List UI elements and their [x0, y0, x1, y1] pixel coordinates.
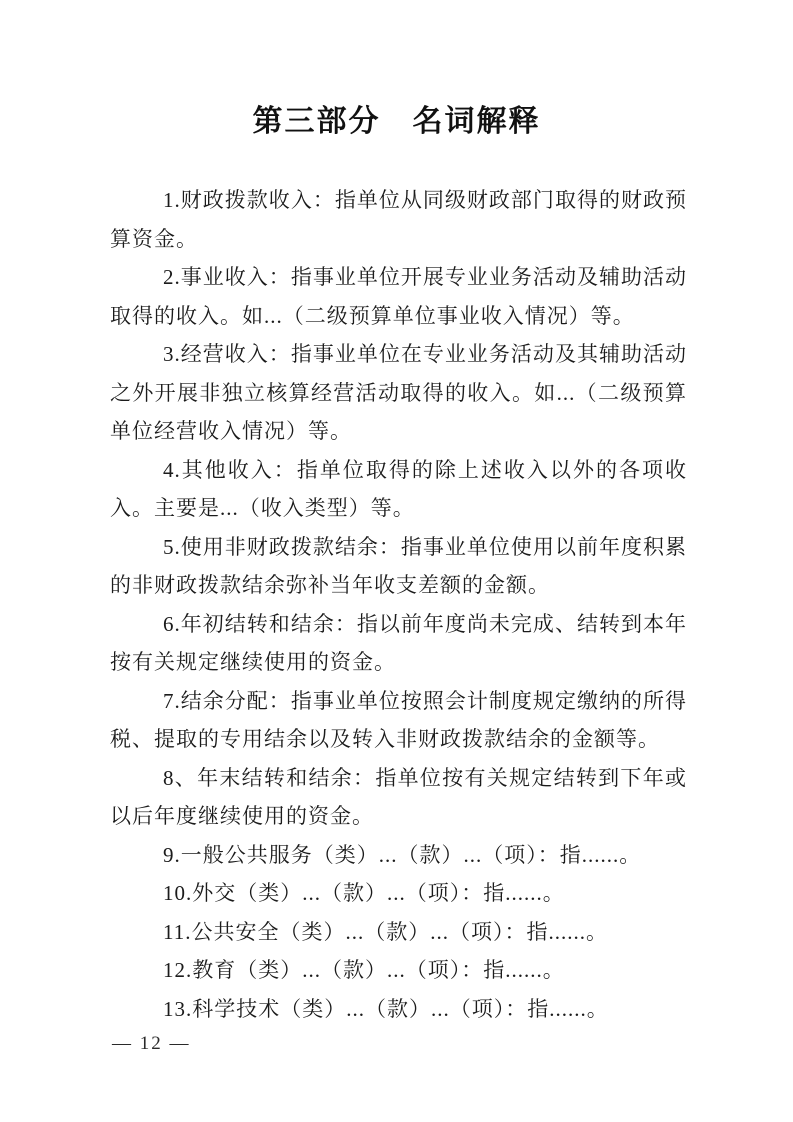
definition-12: 12.教育（类）...（款）...（项）：指......。	[110, 951, 687, 990]
definition-3: 3.经营收入：指事业单位在专业业务活动及其辅助活动之外开展非独立核算经营活动取得…	[110, 335, 687, 451]
page-number: — 12 —	[112, 1033, 191, 1055]
definition-6: 6.年初结转和结余：指以前年度尚未完成、结转到本年按有关规定继续使用的资金。	[110, 605, 687, 682]
definition-11: 11.公共安全（类）...（款）...（项）：指......。	[110, 913, 687, 952]
definition-4: 4.其他收入：指单位取得的除上述收入以外的各项收入。主要是...（收入类型）等。	[110, 451, 687, 528]
page-title: 第三部分 名词解释	[0, 96, 793, 140]
definition-9: 9.一般公共服务（类）...（款）...（项）：指......。	[110, 836, 687, 875]
definition-5: 5.使用非财政拨款结余：指事业单位使用以前年度积累的非财政拨款结余弥补当年收支差…	[110, 528, 687, 605]
definition-1: 1.财政拨款收入：指单位从同级财政部门取得的财政预算资金。	[110, 181, 687, 258]
definition-7: 7.结余分配：指事业单位按照会计制度规定缴纳的所得税、提取的专用结余以及转入非财…	[110, 682, 687, 759]
definition-13: 13.科学技术（类）...（款）...（项）：指......。	[110, 990, 687, 1029]
definition-8: 8、年末结转和结余：指单位按有关规定结转到下年或以后年度继续使用的资金。	[110, 759, 687, 836]
definition-2: 2.事业收入：指事业单位开展专业业务活动及辅助活动取得的收入。如...（二级预算…	[110, 258, 687, 335]
definition-10: 10.外交（类）...（款）...（项）：指......。	[110, 874, 687, 913]
document-page: 第三部分 名词解释 1.财政拨款收入：指单位从同级财政部门取得的财政预算资金。 …	[0, 0, 793, 1122]
glossary-body: 1.财政拨款收入：指单位从同级财政部门取得的财政预算资金。 2.事业收入：指事业…	[110, 181, 687, 1028]
